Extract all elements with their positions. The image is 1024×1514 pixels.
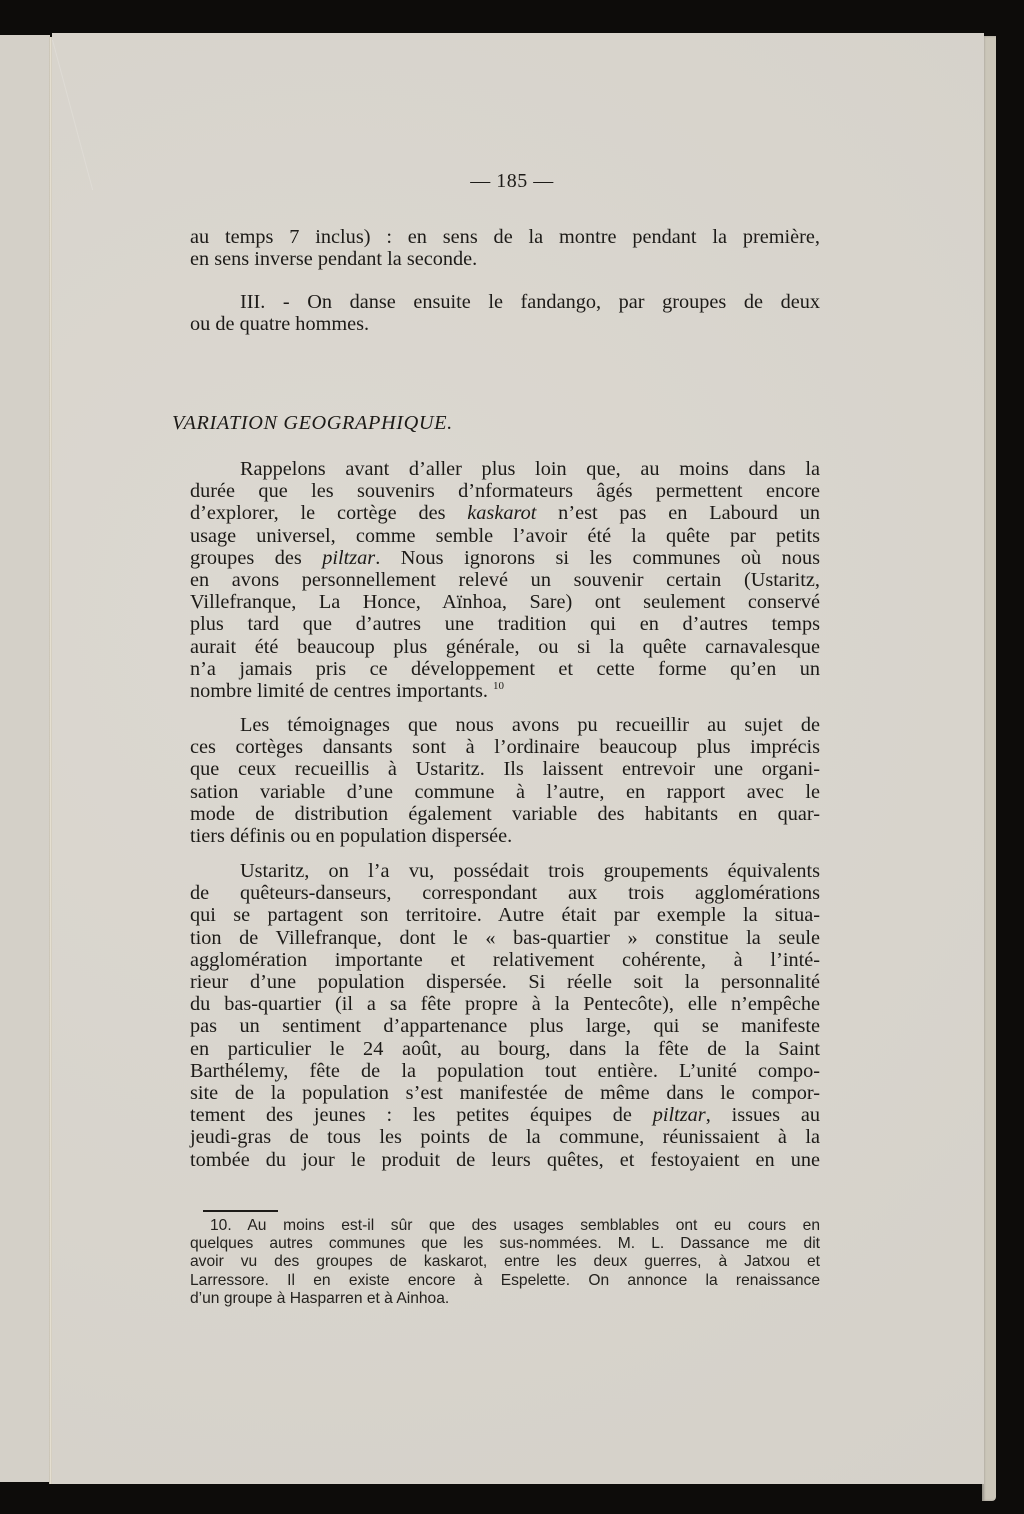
footnote-separator <box>203 1210 278 1212</box>
text-line: en particulier le 24 août, au bourg, dan… <box>190 1038 820 1060</box>
text-line: en sens inverse pendant la seconde. <box>190 248 820 270</box>
book-gutter <box>49 37 52 1484</box>
text-line: Ustaritz, on l’a vu, possédait trois gro… <box>190 860 820 882</box>
footnote-10: 10. Au moins est-il sûr que des usages s… <box>190 1217 820 1308</box>
text-run: d’explorer, le cortège des <box>190 502 467 524</box>
text-line: Rappelons avant d’aller plus loin que, a… <box>190 458 820 480</box>
italic-term: kaskarot <box>467 502 536 524</box>
text-line: n’a jamais pris ce développement et cett… <box>190 658 820 680</box>
text-line: site de la population s’est manifestée d… <box>190 1082 820 1104</box>
text-run: tement des jeunes : les petites équipes … <box>190 1104 653 1126</box>
text-line: ces cortèges dansants sont à l’ordinaire… <box>190 736 820 758</box>
text-line: Les témoignages que nous avons pu recuei… <box>190 714 820 736</box>
text-line: durée que les souvenirs d’nformateurs âg… <box>190 480 820 502</box>
text-line: aurait été beaucoup plus générale, ou si… <box>190 636 820 658</box>
paragraph-temoignages: Les témoignages que nous avons pu recuei… <box>190 714 820 847</box>
text-run: n’est pas en Labourd un <box>536 502 820 524</box>
footnote-line: avoir vu des groupes de kaskarot, entre … <box>190 1253 820 1271</box>
text-line: tement des jeunes : les petites équipes … <box>190 1104 820 1126</box>
footnote-line: quelques autres communes que les sus-nom… <box>190 1235 820 1253</box>
footnote-line: Larressore. Il en existe encore à Espele… <box>190 1272 820 1290</box>
text-line: nombre limité de centres importants. 10 <box>190 680 820 702</box>
text-line: sation variable d’une commune à l’autre,… <box>190 781 820 803</box>
text-line: Barthélemy, fête de la population tout e… <box>190 1060 820 1082</box>
text-line: du bas-quartier (il a sa fête propre à l… <box>190 993 820 1015</box>
text-line: groupes des piltzar. Nous ignorons si le… <box>190 547 820 569</box>
text-run: groupes des <box>190 547 322 569</box>
text-run: nombre limité de centres importants. <box>190 680 488 702</box>
paragraph-continuation: au temps 7 inclus) : en sens de la montr… <box>190 226 820 270</box>
text-line: tiers définis ou en population dispersée… <box>190 825 820 847</box>
footnote-line: d’un groupe à Hasparren et à Ainhoa. <box>190 1290 820 1308</box>
text-line: ou de quatre hommes. <box>190 313 820 335</box>
page-number: — 185 — <box>0 170 1024 193</box>
text-line: jeudi-gras de tous les points de la comm… <box>190 1126 820 1148</box>
text-line: tion de Villefranque, dont le « bas-quar… <box>190 927 820 949</box>
text-line: usage universel, comme semble l’avoir ét… <box>190 525 820 547</box>
text-line: au temps 7 inclus) : en sens de la montr… <box>190 226 820 248</box>
paragraph-fandango: III. - On danse ensuite le fandango, par… <box>190 291 820 335</box>
footnote-line: 10. Au moins est-il sûr que des usages s… <box>190 1217 820 1235</box>
footnote-reference[interactable]: 10 <box>493 680 504 692</box>
underlying-page-edge <box>982 36 996 1501</box>
text-line: Villefranque, La Honce, Aïnhoa, Sare) on… <box>190 591 820 613</box>
text-line: qui se partagent son territoire. Autre é… <box>190 904 820 926</box>
text-line: rieur d’une population dispersée. Si rée… <box>190 971 820 993</box>
text-line: mode de distribution également variable … <box>190 803 820 825</box>
italic-term: piltzar <box>322 547 375 569</box>
section-heading: VARIATION GEOGRAPHIQUE. <box>172 412 453 435</box>
paragraph-rappelons: Rappelons avant d’aller plus loin que, a… <box>190 458 820 702</box>
facing-page-edge <box>0 35 50 1482</box>
text-line: que ceux recueillis à Ustaritz. Ils lais… <box>190 758 820 780</box>
text-line: tombée du jour le produit de leurs quête… <box>190 1149 820 1171</box>
text-line: agglomération importante et relativement… <box>190 949 820 971</box>
text-line: de quêteurs-danseurs, correspondant aux … <box>190 882 820 904</box>
text-line: d’explorer, le cortège des kaskarot n’es… <box>190 502 820 524</box>
text-line: pas un sentiment d’appartenance plus lar… <box>190 1015 820 1037</box>
text-run: . Nous ignorons si les communes où nous <box>375 547 820 569</box>
italic-term: piltzar <box>653 1104 706 1126</box>
text-run: , issues au <box>706 1104 820 1126</box>
text-line: plus tard que d’autres une tradition qui… <box>190 613 820 635</box>
text-line: III. - On danse ensuite le fandango, par… <box>190 291 820 313</box>
text-line: en avons personnellement relevé un souve… <box>190 569 820 591</box>
paragraph-ustaritz: Ustaritz, on l’a vu, possédait trois gro… <box>190 860 820 1171</box>
